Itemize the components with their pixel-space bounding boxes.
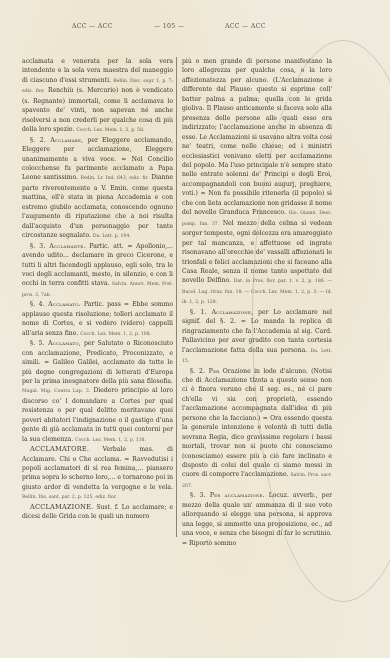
citation: Cocch. Lez. Mem. 1, 2, p. 108.	[80, 332, 151, 337]
paragraph: acclamata e venerata per la sola vera in…	[22, 57, 173, 136]
citation: Cocch. Lez. Mem. 1, 2, p. 138.	[75, 438, 146, 443]
section-head: §. 5. Acclamato,	[30, 340, 81, 347]
running-head: ACC — ACC — 105 — ACC — ACC	[22, 23, 370, 35]
section-head: §. 2. Per	[190, 368, 219, 375]
left-column: acclamata e venerata per la sola vera in…	[22, 57, 173, 522]
page-number: — 105 —	[154, 23, 184, 30]
citation: Magal. Mig. Contra Lap. 3.	[22, 389, 90, 394]
headword: ACCLAMATORE.	[30, 445, 89, 453]
entry: ACCLAMATORE. Verbale mas. di Acclamare. …	[22, 445, 173, 503]
section-head: §. 1. Acclamazione,	[190, 309, 253, 316]
section-head: §. 3. Per acclamazione.	[190, 492, 265, 499]
section-head: §. 3. Acclamante.	[30, 243, 86, 250]
paragraph: §. 5. Acclamato, per Salutato o Riconosc…	[22, 339, 173, 445]
citation: Redin. Lr. Ind. 643, ediz. fir.	[80, 176, 148, 181]
paragraph: §. 4. Acclamato. Partic. pass = Ebbe som…	[22, 300, 173, 339]
citation: Da. Lett. p. 104.	[93, 234, 131, 239]
running-head-right: ACC — ACC	[225, 23, 266, 30]
section-head: §. 2. Acclamare,	[30, 137, 83, 144]
column-divider	[176, 57, 177, 537]
section-head: §. 4. Acclamato.	[30, 301, 81, 308]
book-page: ACC — ACC — 105 — ACC — ACC acclamata e …	[22, 0, 370, 658]
paragraph: §. 2. Acclamare, per Eleggere acclamando…	[22, 136, 173, 242]
running-head-left: ACC — ACC	[72, 23, 113, 30]
citation: Bellin. Dis. sant. par. 2, p. 125, ediz.…	[22, 495, 117, 500]
paragraph: §. 3. Acclamante. Partic. att. = Apollon…	[22, 242, 173, 301]
headword: ACCLAMAZIONE.	[30, 503, 93, 511]
entry: ACCLAMAZIONE. Sust. f. Lo acclamare; e d…	[22, 503, 173, 522]
citation: Cocch. Lez. Mem. 1, 2, p. 58.	[76, 128, 144, 133]
